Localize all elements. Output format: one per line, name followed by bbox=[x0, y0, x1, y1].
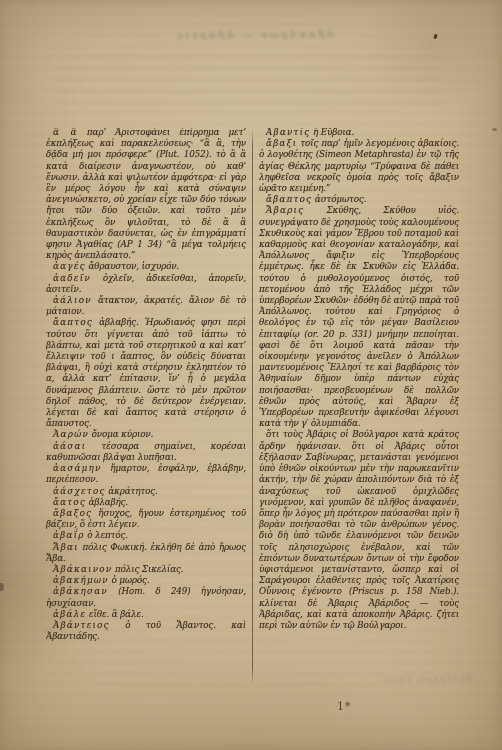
dictionary-entry: ἄβαξι τοῖς παρ’ ἡμῖν λεγομένοις ἀβακίοις… bbox=[259, 139, 459, 195]
dictionary-entry: ἀάσχετος ἀκράτητος. bbox=[46, 487, 246, 498]
entry-headword: ἀβάκησαν bbox=[53, 587, 108, 597]
dictionary-entry: ἀβάκησαν (Hom. δ 249) ἠγνόησαν, ἡσυχίασα… bbox=[46, 587, 246, 609]
entry-headword: ἀαδεῖν bbox=[53, 274, 91, 284]
entry-headword: ἀβακήμων bbox=[53, 576, 109, 586]
book-page-scan: ἀβακήμων — ἀβάρεις ἃ ἃ παρ’ Ἀριστοφάνει … bbox=[0, 0, 502, 750]
entry-gloss-text: ὁ λεπτός. bbox=[87, 531, 128, 541]
dictionary-entry: Ἀβάντειος ὁ τοῦ Ἄβαντος. καὶ Ἀβαντιάδης. bbox=[46, 621, 246, 643]
ink-speck bbox=[433, 34, 438, 40]
entry-gloss-text: ὅτι τοὺς Ἀβάρις οἱ Βούλγαροι κατὰ κράτος… bbox=[259, 430, 459, 630]
dictionary-entry: Ἄβαι πόλις Φωκική. ἐκλήθη δὲ ἀπὸ ἥρωος Ἄ… bbox=[46, 543, 246, 565]
entry-headword: ἄβαπτος bbox=[266, 195, 312, 205]
entry-headword: ἄατος bbox=[53, 498, 86, 508]
column-right: Ἀβαντίς ἡ Εὔβοια.ἄβαξι τοῖς παρ’ ἡμῖν λε… bbox=[259, 128, 459, 632]
dictionary-entry: ἀβακήμων ὁ μωρός. bbox=[46, 576, 246, 587]
dictionary-entry: ἀασάμην ἥμαρτον, ἐσφάλην, ἐβλάβην, περιέ… bbox=[46, 464, 246, 486]
dictionary-entry: ἄαπτος ἀβλαβής. Ἡρωδιανός φησι περὶ τούτ… bbox=[46, 318, 246, 430]
entry-headword: Ἄβαι bbox=[53, 543, 79, 553]
showthrough-header-text: ἀβακήμων — ἀβάρεις bbox=[148, 28, 360, 42]
dictionary-entry: Ἀαρών ὄνομα κύριον. bbox=[46, 430, 246, 441]
entry-headword: Ἀβαντίς bbox=[266, 128, 310, 138]
column-divider bbox=[252, 129, 253, 685]
dictionary-entry: ἀάσαι τέσσαρα σημαίνει, κορέσαι καθυπνῶσ… bbox=[46, 442, 246, 464]
dictionary-entry: ἃ ἃ παρ’ Ἀριστοφάνει ἐπίρρημα μετ’ ἐκπλή… bbox=[46, 128, 246, 262]
entry-gloss-text: ὁ μωρός. bbox=[112, 576, 150, 586]
entry-gloss-text: Σκύθης, Σκύθου υἱός. συνεγράψατο δὲ χρησ… bbox=[259, 206, 459, 429]
entry-gloss-text: ἀβλαβής. bbox=[89, 498, 128, 508]
ink-speck bbox=[0, 583, 4, 591]
entry-headword: ἀάσχετος bbox=[53, 487, 106, 497]
entry-headword: ἀάλιον bbox=[53, 296, 92, 306]
entry-headword: ἀαγές bbox=[53, 262, 86, 272]
entry-gloss-text: ἡ Εὔβοια. bbox=[313, 128, 354, 138]
entry-headword: ἄβαξι bbox=[266, 139, 297, 149]
dictionary-entry: Ἄβαρις Σκύθης, Σκύθου υἱός. συνεγράψατο … bbox=[259, 206, 459, 430]
dictionary-entry: ἄατος ἀβλαβής. bbox=[46, 498, 246, 509]
entry-gloss-text: εἴθε. ἃ βάλε. bbox=[89, 610, 144, 620]
ink-speck bbox=[492, 128, 497, 131]
entry-headword: Ἀβάντειος bbox=[53, 621, 110, 631]
dictionary-entry: Ἀβάκαινον πόλις Σικελίας. bbox=[46, 565, 246, 576]
text-block: ἃ ἃ παρ’ Ἀριστοφάνει ἐπίρρημα μετ’ ἐκπλή… bbox=[46, 128, 459, 685]
column-left: ἃ ἃ παρ’ Ἀριστοφάνει ἐπίρρημα μετ’ ἐκπλή… bbox=[46, 128, 246, 643]
entry-gloss-text: ἀστόμωτος. bbox=[315, 195, 366, 205]
entry-headword: ἃ ἃ bbox=[53, 128, 78, 138]
entry-gloss-text: ἀκράτητος. bbox=[108, 487, 157, 497]
entry-gloss-text: ὄνομα κύριον. bbox=[92, 430, 154, 440]
entry-headword: ἀβάλε bbox=[53, 610, 86, 620]
entry-gloss-text: πόλις Σικελίας. bbox=[115, 565, 183, 575]
dictionary-entry: ἀάλιον ἄτακτον, ἀκρατές. ἄλιον δὲ τὸ μάτ… bbox=[46, 296, 246, 318]
dictionary-entry: ἄβαπτος ἀστόμωτος. bbox=[259, 195, 459, 206]
dictionary-entry: ἀαγές ἄθραυστον, ἰσχυρόν. bbox=[46, 262, 246, 273]
entry-gloss-text: παρ’ Ἀριστοφάνει ἐπίρρημα μετ’ ἐκπλήξεως… bbox=[46, 128, 246, 261]
signature-mark: 1* bbox=[337, 700, 352, 713]
entry-headword: Ἄβαρις bbox=[266, 206, 304, 216]
entry-headword: ἀασάμην bbox=[53, 464, 102, 474]
entry-headword: Ἀβάκαινον bbox=[53, 565, 112, 575]
dictionary-entry: ἀαδεῖν ὀχλεῖν, ἀδικεῖσθαι, ἀπορεῖν, ἀσιτ… bbox=[46, 274, 246, 296]
entry-headword: Ἀαρών bbox=[53, 430, 89, 440]
dictionary-entry: ἀβάλε εἴθε. ἃ βάλε. bbox=[46, 610, 246, 621]
entry-headword: ἀβαΐρ bbox=[53, 531, 85, 541]
dictionary-entry: Ἀβαντίς ἡ Εὔβοια. bbox=[259, 128, 459, 139]
showthrough-text-band bbox=[60, 54, 442, 112]
entry-gloss-text: ἄθραυστον, ἰσχυρόν. bbox=[88, 262, 179, 272]
dictionary-entry: ἀβαΐρ ὁ λεπτός. bbox=[46, 531, 246, 542]
entry-headword: ἄαπτος bbox=[53, 318, 93, 328]
entry-headword: ἀάσαι bbox=[53, 442, 86, 452]
dictionary-entry: ἄβαξος ἥσυχος, ἤγουν ἐστερημένος τοῦ βάζ… bbox=[46, 509, 246, 531]
dictionary-entry: ὅτι τοὺς Ἀβάρις οἱ Βούλγαροι κατὰ κράτος… bbox=[259, 430, 459, 632]
entry-gloss-text: ἀβλαβής. Ἡρωδιανός φησι περὶ τούτου ὅτι … bbox=[46, 318, 246, 429]
entry-headword: ἄβαξος bbox=[53, 509, 92, 519]
